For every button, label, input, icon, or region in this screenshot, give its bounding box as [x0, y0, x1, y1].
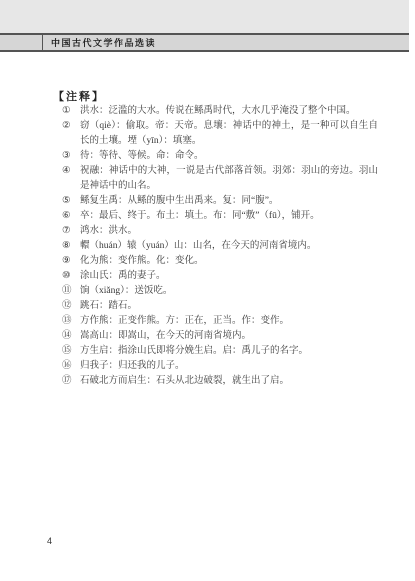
note-item: ⑭ 嵩高山：即嵩山，在今天的河南省境内。: [62, 329, 378, 344]
note-number: ④: [62, 164, 80, 194]
note-number: ⑯: [62, 359, 80, 374]
note-text: 轘（huán）辕（yuán）山：山名，在今天的河南省境内。: [80, 239, 378, 254]
note-item: ② 窃（qiè）：偷取。帝：天帝。息壤：神话中的神土，是一种可以自生自长的土壤。…: [62, 119, 378, 149]
note-item: ① 洪水：泛滥的大水。传说在鲧禹时代，大水几乎淹没了整个中国。: [62, 104, 378, 119]
note-text: 祝融：神话中的大神，一说是古代部落首领。羽郊：羽山的旁边。羽山是神话中的山名。: [80, 164, 378, 194]
note-item: ⑥ 卒：最后、终于。布土：填土。布：同“敷”（fū），铺开。: [62, 209, 378, 224]
note-number: ⑭: [62, 329, 80, 344]
note-item: ⑬ 方作熊：正变作熊。方：正在，正当。作：变作。: [62, 314, 378, 329]
note-text: 卒：最后、终于。布土：填土。布：同“敷”（fū），铺开。: [80, 209, 378, 224]
note-text: 鸿水：洪水。: [80, 224, 378, 239]
note-item: ⑤ 鲧复生禹：从鲧的腹中生出禹来。复：同“腹”。: [62, 194, 378, 209]
note-text: 窃（qiè）：偷取。帝：天帝。息壤：神话中的神土，是一种可以自生自长的土壤。堙（…: [80, 119, 378, 149]
page-top-margin: [0, 0, 409, 33]
note-item: ⑦ 鸿水：洪水。: [62, 224, 378, 239]
note-number: ②: [62, 119, 80, 149]
note-number: ⑩: [62, 269, 80, 284]
note-number: ③: [62, 149, 80, 164]
notes-list: ① 洪水：泛滥的大水。传说在鲧禹时代，大水几乎淹没了整个中国。 ② 窃（qiè）…: [62, 104, 378, 389]
page-number: 4: [47, 536, 52, 546]
note-number: ①: [62, 104, 80, 119]
note-number: ⑰: [62, 374, 80, 389]
running-head: 中国古代文学作品选读: [0, 33, 409, 52]
running-head-chapter-cell: [0, 35, 43, 50]
note-text: 待：等待、等候。命：命令。: [80, 149, 378, 164]
note-item: ⑪ 饷（xiǎng）：送饭吃。: [62, 284, 378, 299]
note-text: 涂山氏：禹的妻子。: [80, 269, 378, 284]
note-item: ④ 祝融：神话中的大神，一说是古代部落首领。羽郊：羽山的旁边。羽山是神话中的山名…: [62, 164, 378, 194]
notes-section-title: 【注释】: [53, 88, 105, 104]
note-number: ⑮: [62, 344, 80, 359]
book-title: 中国古代文学作品选读: [43, 35, 156, 50]
note-item: ⑩ 涂山氏：禹的妻子。: [62, 269, 378, 284]
note-text: 鲧复生禹：从鲧的腹中生出禹来。复：同“腹”。: [80, 194, 378, 209]
note-item: ⑨ 化为熊：变作熊。化：变化。: [62, 254, 378, 269]
note-number: ⑫: [62, 299, 80, 314]
note-item: ⑮ 方生启：指涂山氏即将分娩生启。启：禹儿子的名字。: [62, 344, 378, 359]
note-text: 嵩高山：即嵩山，在今天的河南省境内。: [80, 329, 378, 344]
note-text: 跳石：踏石。: [80, 299, 378, 314]
note-text: 方作熊：正变作熊。方：正在，正当。作：变作。: [80, 314, 378, 329]
note-item: ⑫ 跳石：踏石。: [62, 299, 378, 314]
note-text: 洪水：泛滥的大水。传说在鲧禹时代，大水几乎淹没了整个中国。: [80, 104, 378, 119]
note-item: ⑰ 石破北方而启生：石头从北边破裂，就生出了启。: [62, 374, 378, 389]
note-number: ⑬: [62, 314, 80, 329]
note-text: 归我子：归还我的儿子。: [80, 359, 378, 374]
note-number: ⑨: [62, 254, 80, 269]
note-number: ⑪: [62, 284, 80, 299]
note-number: ⑧: [62, 239, 80, 254]
note-item: ③ 待：等待、等候。命：命令。: [62, 149, 378, 164]
note-text: 饷（xiǎng）：送饭吃。: [80, 284, 378, 299]
note-text: 化为熊：变作熊。化：变化。: [80, 254, 378, 269]
book-page: 中国古代文学作品选读 【注释】 ① 洪水：泛滥的大水。传说在鲧禹时代，大水几乎淹…: [0, 0, 415, 581]
note-number: ⑤: [62, 194, 80, 209]
note-number: ⑥: [62, 209, 80, 224]
note-item: ⑯ 归我子：归还我的儿子。: [62, 359, 378, 374]
note-item: ⑧ 轘（huán）辕（yuán）山：山名，在今天的河南省境内。: [62, 239, 378, 254]
note-number: ⑦: [62, 224, 80, 239]
note-text: 方生启：指涂山氏即将分娩生启。启：禹儿子的名字。: [80, 344, 378, 359]
note-text: 石破北方而启生：石头从北边破裂，就生出了启。: [80, 374, 378, 389]
